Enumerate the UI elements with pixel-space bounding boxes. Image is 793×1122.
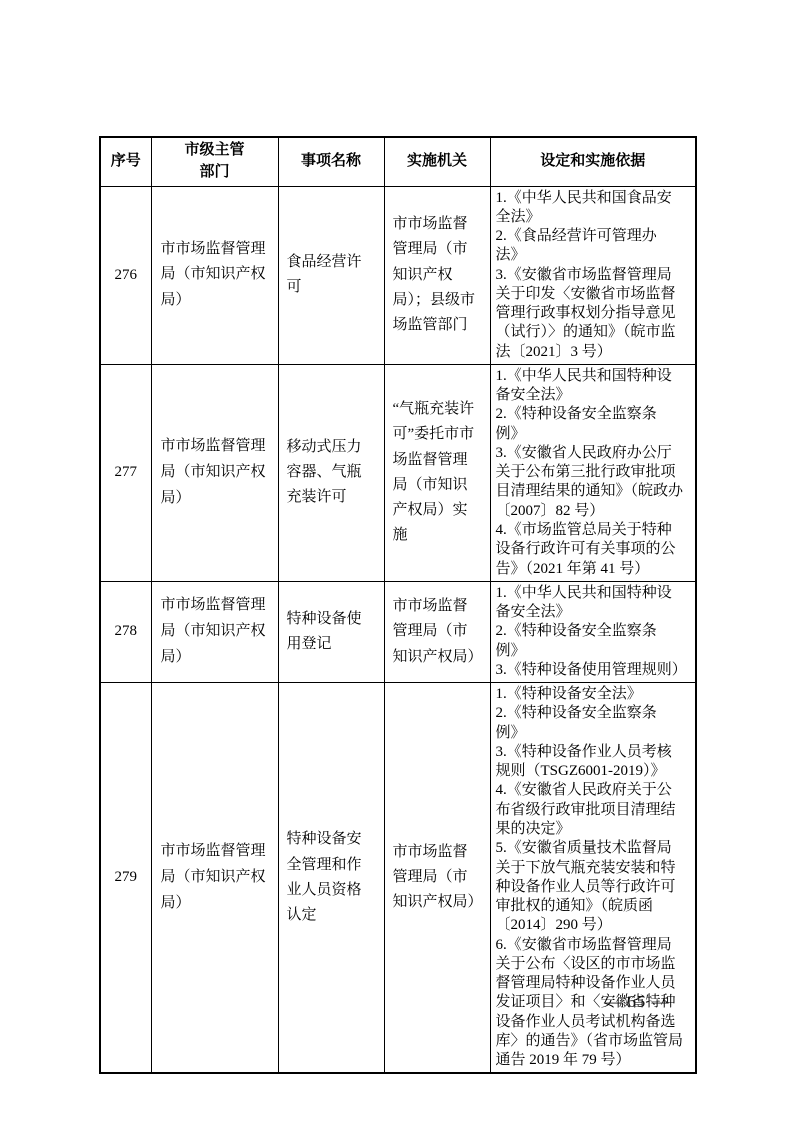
table-row-279: 279 市市场监督管理局（市知识产权局） 特种设备安全管理和作业人员资格认定 市… [100,683,696,1074]
table-header-row: 序号 市级主管 部门 事项名称 实施机关 设定和实施依据 [100,137,696,186]
cell-index: 276 [100,186,151,364]
cell-implementing-agency: 市市场监督管理局（市知识产权局） [384,683,490,1074]
cell-item-name: 特种设备使用登记 [278,581,384,682]
cell-implementing-agency: 市市场监督管理局（市知识产权局）；县级市场监管部门 [384,186,490,364]
table-row-278: 278 市市场监督管理局（市知识产权局） 特种设备使用登记 市市场监督管理局（市… [100,581,696,682]
document-page: 序号 市级主管 部门 事项名称 实施机关 设定和实施依据 276 市市场监督管理… [0,0,793,1122]
cell-legal-basis: 1.《中华人民共和国食品安全法》 2.《食品经营许可管理办法》 3.《安徽省市场… [490,186,696,364]
cell-index: 278 [100,581,151,682]
administrative-items-table: 序号 市级主管 部门 事项名称 实施机关 设定和实施依据 276 市市场监督管理… [99,136,697,1074]
cell-department: 市市场监督管理局（市知识产权局） [151,683,278,1074]
cell-legal-basis: 1.《中华人民共和国特种设备安全法》 2.《特种设备安全监察条例》 3.《特种设… [490,581,696,682]
cell-department: 市市场监督管理局（市知识产权局） [151,186,278,364]
cell-item-name: 移动式压力容器、气瓶充装许可 [278,364,384,581]
cell-legal-basis: 1.《中华人民共和国特种设备安全法》 2.《特种设备安全监察条例》 3.《安徽省… [490,364,696,581]
col-header-department: 市级主管 部门 [151,137,278,186]
cell-index: 277 [100,364,151,581]
col-header-basis: 设定和实施依据 [490,137,696,186]
cell-item-name: 特种设备安全管理和作业人员资格认定 [278,683,384,1074]
page-number: — 65 — [604,992,670,1012]
cell-department: 市市场监督管理局（市知识产权局） [151,364,278,581]
cell-index: 279 [100,683,151,1074]
cell-implementing-agency: “气瓶充装许可”委托市市场监督管理局（市知识产权局）实施 [384,364,490,581]
col-header-index: 序号 [100,137,151,186]
cell-implementing-agency: 市市场监督管理局（市知识产权局） [384,581,490,682]
col-header-agency: 实施机关 [384,137,490,186]
cell-department: 市市场监督管理局（市知识产权局） [151,581,278,682]
col-header-item-name: 事项名称 [278,137,384,186]
cell-legal-basis: 1.《特种设备安全法》 2.《特种设备安全监察条例》 3.《特种设备作业人员考核… [490,683,696,1074]
table-row-277: 277 市市场监督管理局（市知识产权局） 移动式压力容器、气瓶充装许可 “气瓶充… [100,364,696,581]
cell-item-name: 食品经营许可 [278,186,384,364]
table-row-276: 276 市市场监督管理局（市知识产权局） 食品经营许可 市市场监督管理局（市知识… [100,186,696,364]
